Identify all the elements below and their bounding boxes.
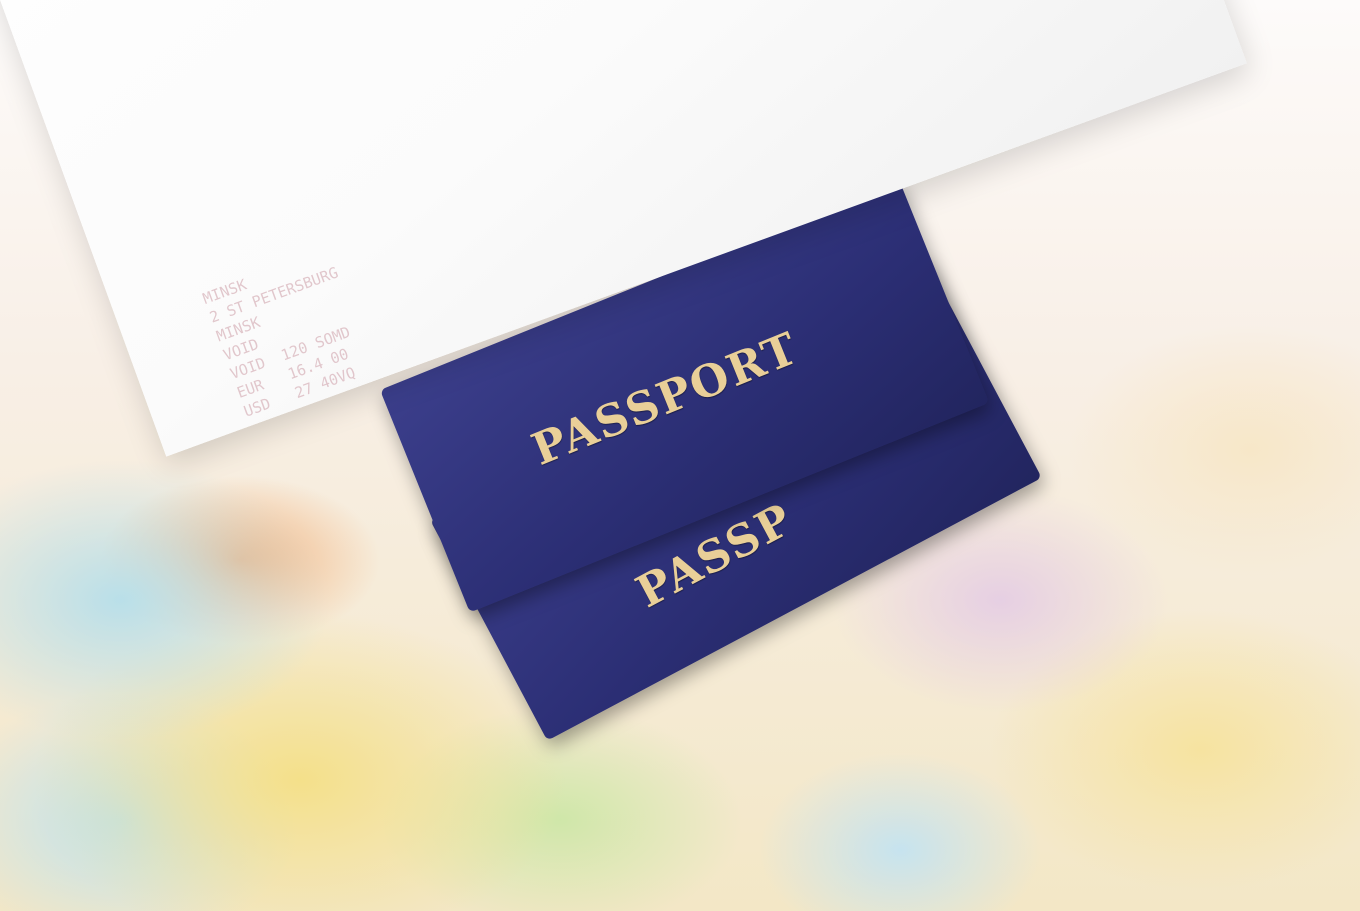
photo-scene: PASSP PASSPORT MINSK 2 ST PETERSBURG MIN… <box>0 0 1360 911</box>
passport-front-label: PASSPORT <box>525 323 806 476</box>
